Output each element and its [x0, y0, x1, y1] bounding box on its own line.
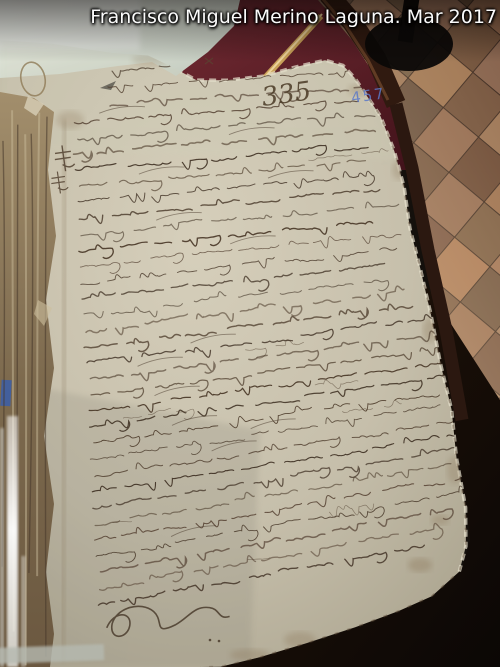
photo-caption: Francisco Miguel Merino Laguna. Mar 2017 [90, 6, 497, 28]
blue-paper-sliver [0, 380, 11, 406]
manuscript-photo: 335 457 Francisco Miguel Merino Laguna. … [0, 0, 500, 667]
scene: 335 457 [0, 0, 500, 667]
